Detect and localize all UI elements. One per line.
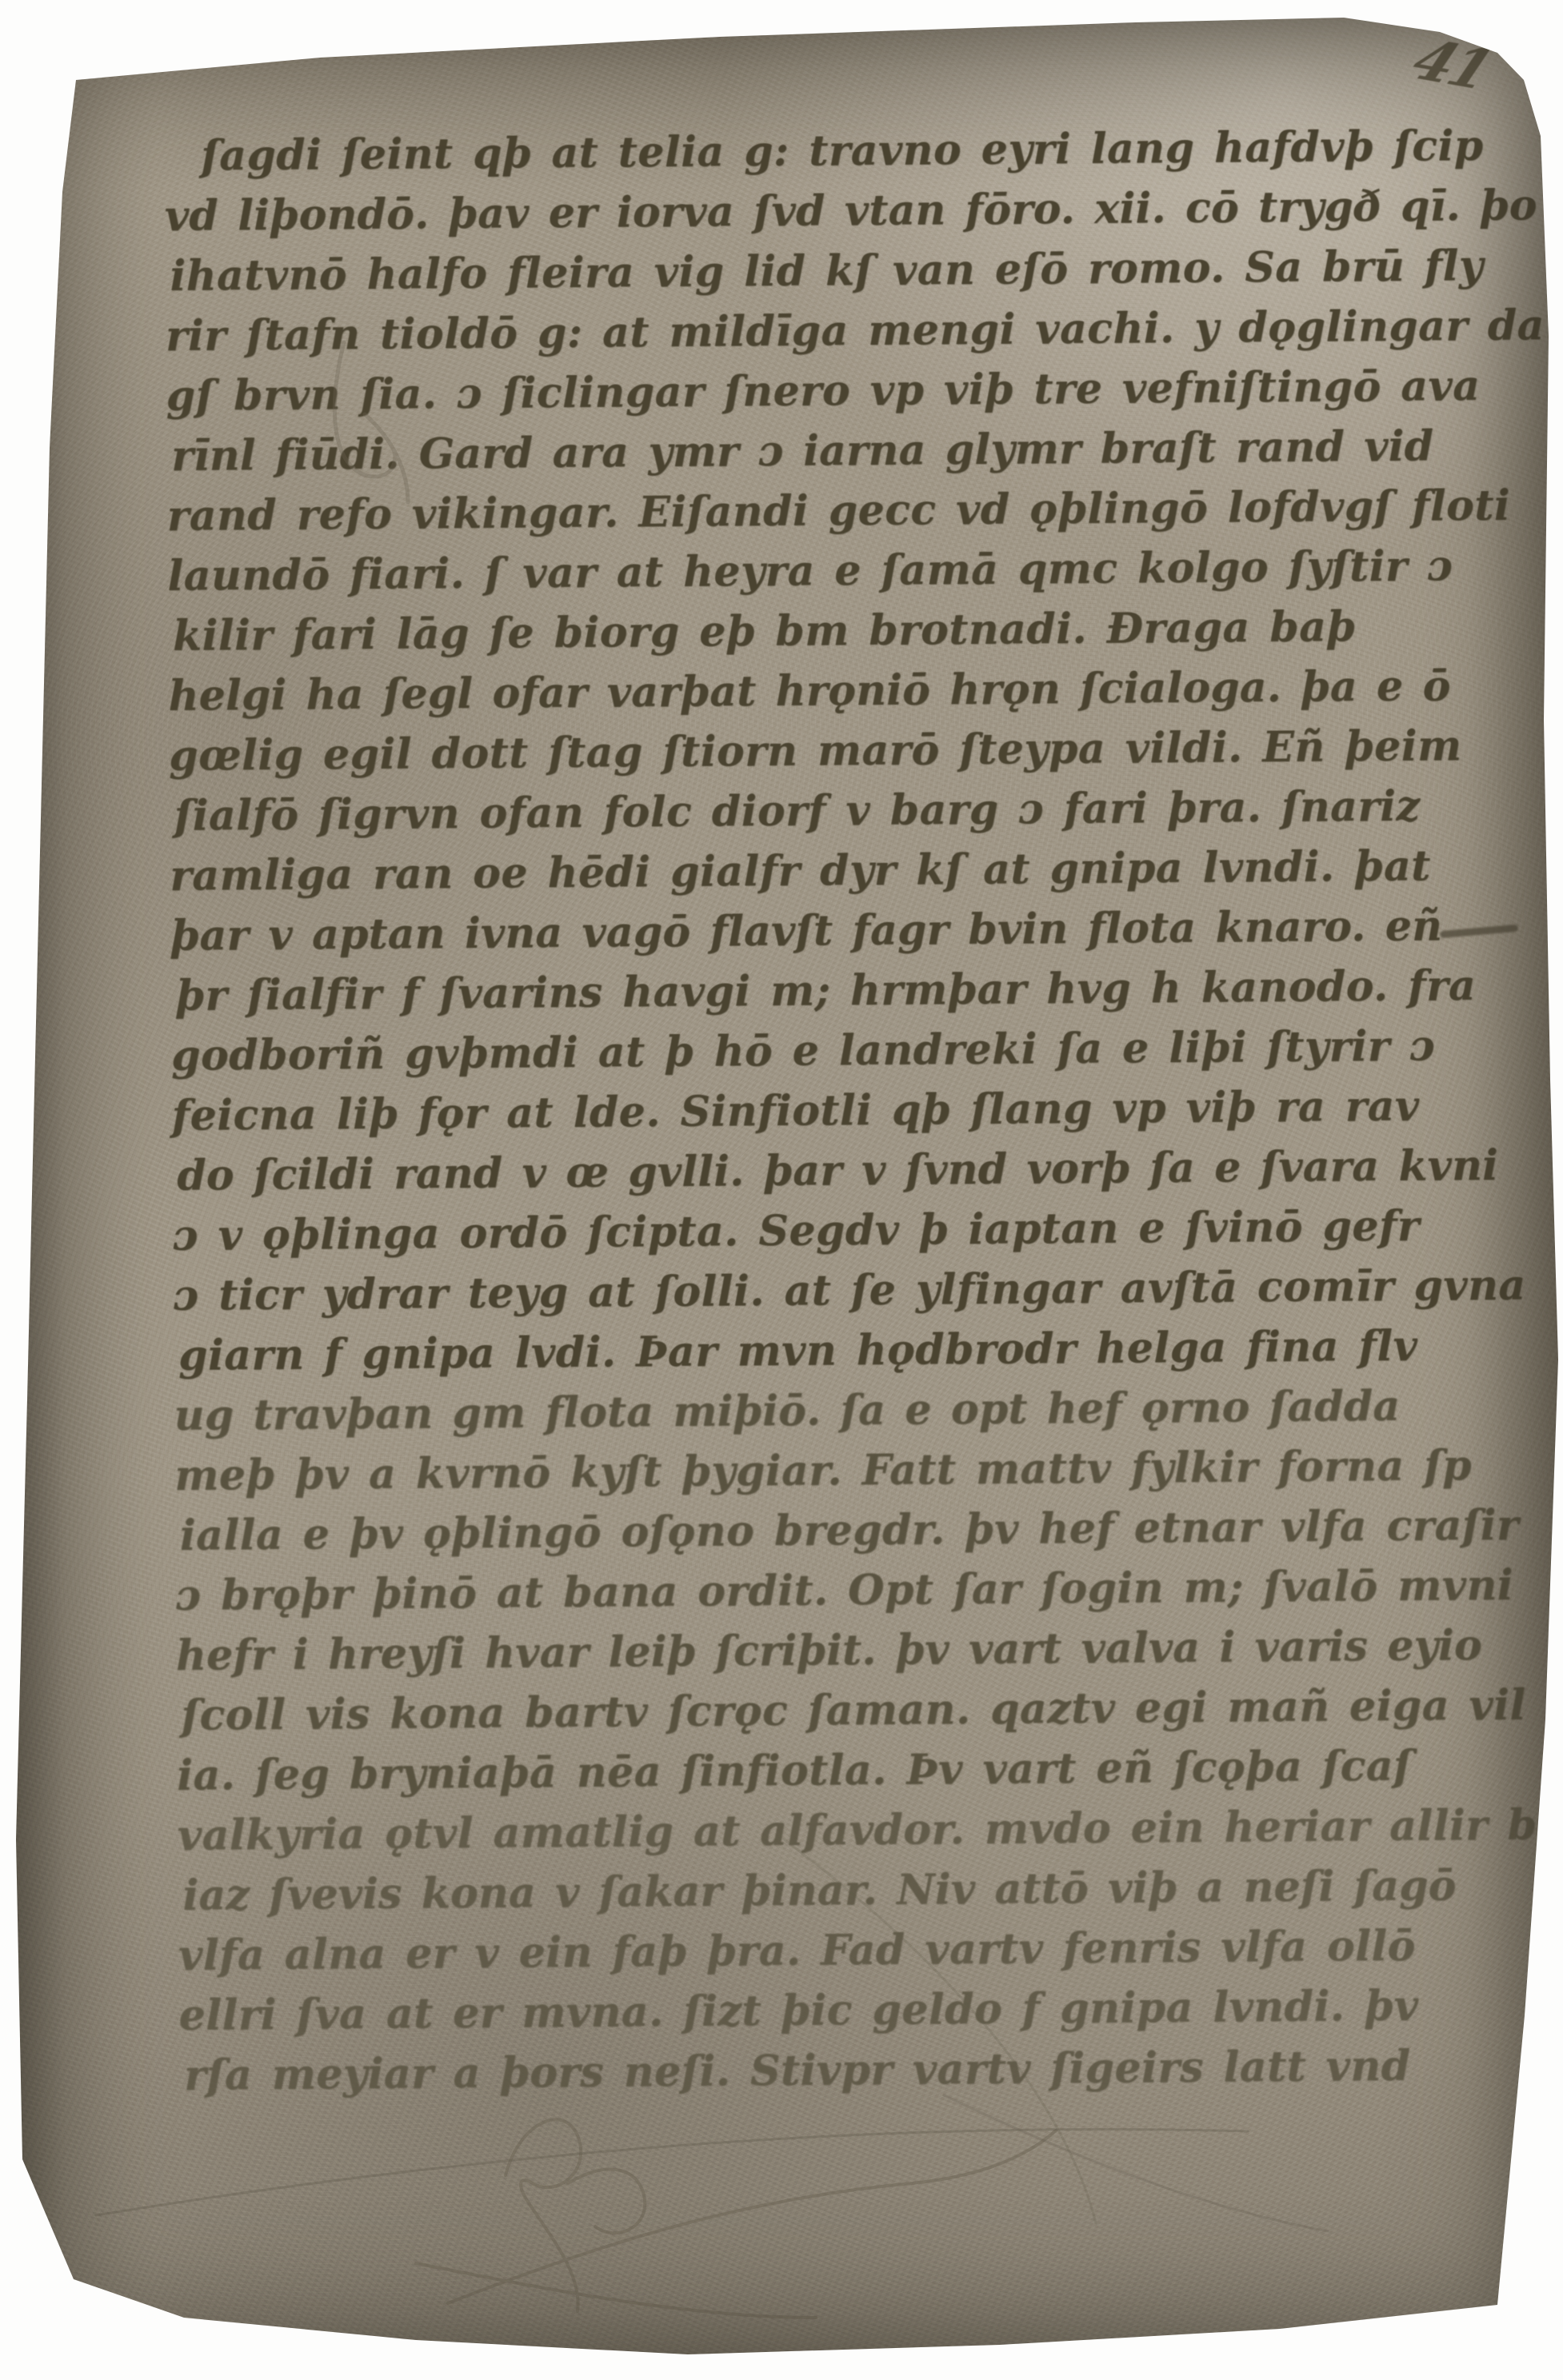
manuscript-text-line: ellri ſva at er mvna. ſizt þic geldo f g… [178, 1975, 1499, 2046]
manuscript-text-line: vlfa alna er v ein faþ þra. Fad vartv fe… [178, 1915, 1499, 1986]
manuscript-text-line: laundō fiari. ſ var at heyra e ſamā qmc … [167, 536, 1488, 606]
manuscript-text-line: gœlig egil dott ſtag ſtiorn marō ſteypa … [169, 716, 1489, 786]
manuscript-text-line: feicna liþ fǫr at lde. Sinfiotli qþ ſlan… [171, 1076, 1492, 1146]
folio-page-number: 41 [1405, 32, 1498, 97]
manuscript-text-line: þr ſialfir f ſvarins havgi m; hrmþar hvg… [175, 956, 1491, 1026]
manuscript-text-line: rſa meyiar a þors neſi. Stivpr vartv ſig… [184, 2035, 1500, 2106]
manuscript-text-line: do ſcildi rand v œ gvlli. þar v ſvnd vor… [177, 1136, 1493, 1206]
manuscript-text-line: ɔ v ǫþlinga ordō ſcipta. Segdv þ iaptan … [173, 1196, 1493, 1266]
manuscript-text-line: ia. ſeg bryniaþā nēa ſinfiotla. Þv vart … [177, 1735, 1497, 1806]
parchment-texture [0, 0, 1563, 2380]
manuscript-text-line: valkyria ǫtvl amatlig at alfavdor. mvdo … [177, 1795, 1497, 1866]
manuscript-text-line: kilir fari lāg ſe biorg eþ bm brotnadi. … [173, 596, 1489, 666]
manuscript-text-line: meþ þv a kvrnō kyſt þygiar. Fatt mattv f… [174, 1436, 1495, 1506]
manuscript-text-line: hefr i hreyſi hvar leiþ ſcriþit. þv vart… [176, 1615, 1497, 1686]
manuscript-text-line: rand refo vikingar. Eiſandi gecc vd ǫþli… [167, 476, 1488, 546]
pen-trial-mark [288, 318, 480, 526]
manuscript-text-line: giarn f gnipa lvdi. Þar mvn hǫdbrodr hel… [178, 1316, 1494, 1386]
manuscript-text-line: ſcoll vis kona bartv ſcrǫc ſaman. qaztv … [181, 1675, 1497, 1746]
manuscript-text-line: rīnl fiūdi. Gard ara ymr ɔ iarna glymr b… [171, 416, 1487, 486]
margin-dash-mark [1440, 924, 1518, 939]
manuscript-text-line: iaz ſvevis kona v ſakar þinar. Niv attō … [182, 1855, 1498, 1926]
manuscript-text-line: helgi ha ſegl ofar varþat hrǫniō hrǫn ſc… [168, 656, 1489, 726]
manuscript-text-block: ſagdi ſeint qþ at telia g: travno eyri l… [164, 116, 1499, 2106]
manuscript-text-line: ɔ ticr ydrar teyg at ſolli. at ſe ylfing… [173, 1256, 1493, 1326]
manuscript-text-line: gſ brvn ſia. ɔ ſiclingar ſnero vp viþ tr… [166, 356, 1486, 426]
manuscript-text-line: ſialfō ſigrvn ofan folc diorf v barg ɔ f… [174, 776, 1489, 846]
manuscript-text-line: vd liþondō. þav er iorva ſvd vtan fōro. … [165, 176, 1485, 246]
manuscript-text-line: ug travþan gm flota miþiō. ſa e opt hef … [174, 1376, 1494, 1446]
manuscript-text-line: rir ſtafn tioldō g: at mildīga mengi vac… [166, 296, 1486, 366]
parchment-page: 41 ſagdi ſeint qþ at telia g: travno eyr… [0, 0, 1563, 2380]
manuscript-text-line: ihatvnō halfo fleira vig lid kſ van eſō … [170, 236, 1485, 306]
manuscript-text-line: ialla e þv ǫþlingō oſǫno bregdr. þv hef … [180, 1495, 1496, 1566]
manuscript-photo: 41 ſagdi ſeint qþ at telia g: travno eyr… [0, 0, 1563, 2380]
manuscript-text-line: ſagdi ſeint qþ at telia g: travno eyri l… [164, 116, 1485, 186]
flourish-doodle [400, 2063, 1088, 2351]
manuscript-text-line: ramliga ran oe hēdi gialfr dyr kſ at gni… [170, 836, 1490, 906]
surface-scratches [0, 0, 1563, 2380]
manuscript-text-line: ɔ brǫþr þinō at bana ordit. Opt ſar ſogi… [175, 1555, 1496, 1626]
manuscript-text-line: þar v aptan ivna vagō flavſt fagr bvin f… [170, 896, 1491, 966]
manuscript-text-line: godboriñ gvþmdi at þ hō e landreki ſa e … [171, 1016, 1492, 1086]
